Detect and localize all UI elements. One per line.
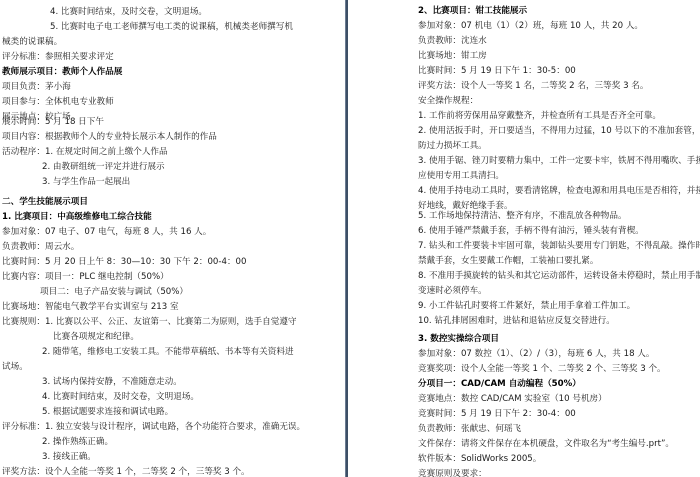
left-page: 4. 比赛时间结束，及时交卷，文明退场。5. 比赛时电子电工老师撰写电工类的说课… xyxy=(0,0,345,477)
text-line: 8. 不准用手摸旋转的钻头和其它运动部件，运转设备未停稳时，禁止用手制动， xyxy=(418,270,700,282)
text-line: 5. 工作场地保持清洁、整齐有序，不准乱放各种物品。 xyxy=(418,210,627,222)
text-line: 试场。 xyxy=(2,361,28,373)
right-page: 2、比赛项目：钳工技能展示参加对象：07 机电（1）（2）班，每班 10 人，共… xyxy=(348,0,700,477)
text-line: 2. 使用活扳手时，开口要适当，不得用力过猛，10 号以下的不准加套管，预 xyxy=(418,125,700,137)
text-line: 项目二：电子产品安装与调试（50%） xyxy=(40,286,188,298)
text-line: 2. 由教研组统一评定并进行展示 xyxy=(42,161,165,173)
text-line: 评奖方法：设个人全能一等奖 1 个，二等奖 2 个，三等奖 3 个。 xyxy=(2,466,250,477)
section-heading: 2、比赛项目：钳工技能展示 xyxy=(418,5,527,17)
text-line: 4. 使用手持电动工具时，要看清铭牌，检查电源和用具电压是否相符，并接 xyxy=(418,185,700,197)
text-line: 安全操作规程： xyxy=(418,95,478,107)
text-line: 负责教师：沈连水 xyxy=(418,35,487,47)
text-line: 评奖方法：设个人一等奖 1 名，二等奖 2 名，三等奖 3 名。 xyxy=(418,80,648,92)
text-line: 2. 随带笔，维修电工安装工具。不能带草稿纸、书本等有关资料进 xyxy=(42,346,294,358)
text-line: 3. 接线正确。 xyxy=(42,451,96,463)
text-line: 竞赛时间：5 月 19 日下午 2：30-4：00 xyxy=(418,408,576,420)
text-line: 3. 与学生作品一起展出 xyxy=(42,176,130,188)
text-line: 软件版本：SolidWorks 2005。 xyxy=(418,453,541,465)
text-line: 参加对象：07 电子、07 电气，每班 8 人，共 16 人。 xyxy=(2,226,211,238)
text-line: 5. 根据试题要求连接和调试电路。 xyxy=(42,406,173,418)
text-line: 2. 操作熟练正确。 xyxy=(42,436,113,448)
text-line: 评分标准：1. 独立安装与设计程序，调试电路，各个功能符合要求，准确无误。 xyxy=(2,421,305,433)
section-heading: 分项目一：CAD/CAM 自动编程（50%） xyxy=(418,378,581,390)
text-line: 4. 比赛时间结束，及时交卷，文明退场。 xyxy=(42,391,199,403)
text-line: 5. 比赛时电子电工老师撰写电工类的说课稿，机械类老师撰写机 xyxy=(50,21,293,33)
text-line: 参加对象：07 机电（1）（2）班，每班 10 人，共 20 人。 xyxy=(418,20,643,32)
text-line: 6. 使用手锤严禁戴手套，手柄不得有油污，锤头装有背楔。 xyxy=(418,225,644,237)
text-line: 展示时间：5 月 18 日下午 xyxy=(2,116,104,128)
text-line: 变速时必须停车。 xyxy=(418,285,487,297)
text-line: 9. 小工件钻孔时要将工件紧好，禁止用手拿着工件加工。 xyxy=(418,300,635,312)
text-line: 负责教师：周云水。 xyxy=(2,241,79,253)
text-line: 4. 比赛时间结束，及时交卷，文明退场。 xyxy=(50,6,207,18)
text-line: 项目参与：全体机电专业教师 xyxy=(2,96,114,108)
text-line: 应使用专用工具清扫。 xyxy=(418,170,504,182)
section-heading: 3. 数控实操综合项目 xyxy=(418,333,499,345)
text-line: 项目内容：根据教师个人的专业特长展示本人制作的作品 xyxy=(2,131,217,143)
text-line: 防过力损坏工具。 xyxy=(418,140,487,152)
text-line: 比赛场地：智能电气教学平台实训室与 213 室 xyxy=(2,301,179,313)
section-heading: 1. 比赛项目：中高级维修电工综合技能 xyxy=(2,211,152,223)
text-line: 竞赛原则及要求： xyxy=(418,468,487,477)
text-line: 比赛规则：1. 比赛以公平、公正、友谊第一、比赛第二为原则，选手自觉遵守 xyxy=(2,316,297,328)
text-line: 1. 工作前将劳保用品穿戴整齐，并检查所有工具是否齐全可靠。 xyxy=(418,110,661,122)
text-line: 文件保存：请将文件保存在本机硬盘，文件取名为“考生编号.prt”。 xyxy=(418,438,674,450)
section-heading: 教师展示项目：教师个人作品展 xyxy=(2,66,122,78)
text-line: 械类的说课稿。 xyxy=(2,36,62,48)
text-line: 活动程序：1. 在规定时间之前上缴个人作品 xyxy=(2,146,168,158)
text-line: 3. 使用手锯、锉刀时要精力集中，工件一定要卡牢，铁屑不得用嘴吹、手摸， xyxy=(418,155,700,167)
text-line: 比赛各项规定和纪律。 xyxy=(53,331,139,343)
text-line: 竞赛地点：数控 CAD/CAM 实验室（10 号机房） xyxy=(418,393,607,405)
text-line: 负责教师：张献忠、何瑶飞 xyxy=(418,423,521,435)
text-line: 比赛场地：钳工房 xyxy=(418,50,487,62)
text-line: 比赛时间：5 月 19 日下午 1：30-5：00 xyxy=(418,65,576,77)
section-heading: 二、学生技能展示项目 xyxy=(2,196,88,208)
text-line: 7. 钻头和工件要装卡牢固可靠，装卸钻头要用专门钥匙，不得乱敲。操作时严 xyxy=(418,240,700,252)
text-line: 比赛内容：项目一：PLC 继电控制（50%） xyxy=(2,271,169,283)
text-line: 比赛时间：5 月 20 日上午 8：30—10：30 下午 2：00-4：00 xyxy=(2,256,246,268)
text-line: 项目负责：茅小海 xyxy=(2,81,71,93)
text-line: 10. 钻孔排屑困难时，进钻和退钻应反复交替进行。 xyxy=(418,315,615,327)
text-line: 竞赛奖项：设个人全能一等奖 1 个、二等奖 2 个、三等奖 3 个。 xyxy=(418,363,666,375)
text-line: 评分标准：参照相关要求评定 xyxy=(2,51,114,63)
text-line: 禁戴手套，女生要戴工作帽，工装袖口要扎紧。 xyxy=(418,255,598,267)
text-line: 参加对象：07 数控（1）、（2）/（3），每班 6 人，共 18 人。 xyxy=(418,348,654,360)
text-line: 3. 试场内保持安静，不准随意走动。 xyxy=(42,376,182,388)
